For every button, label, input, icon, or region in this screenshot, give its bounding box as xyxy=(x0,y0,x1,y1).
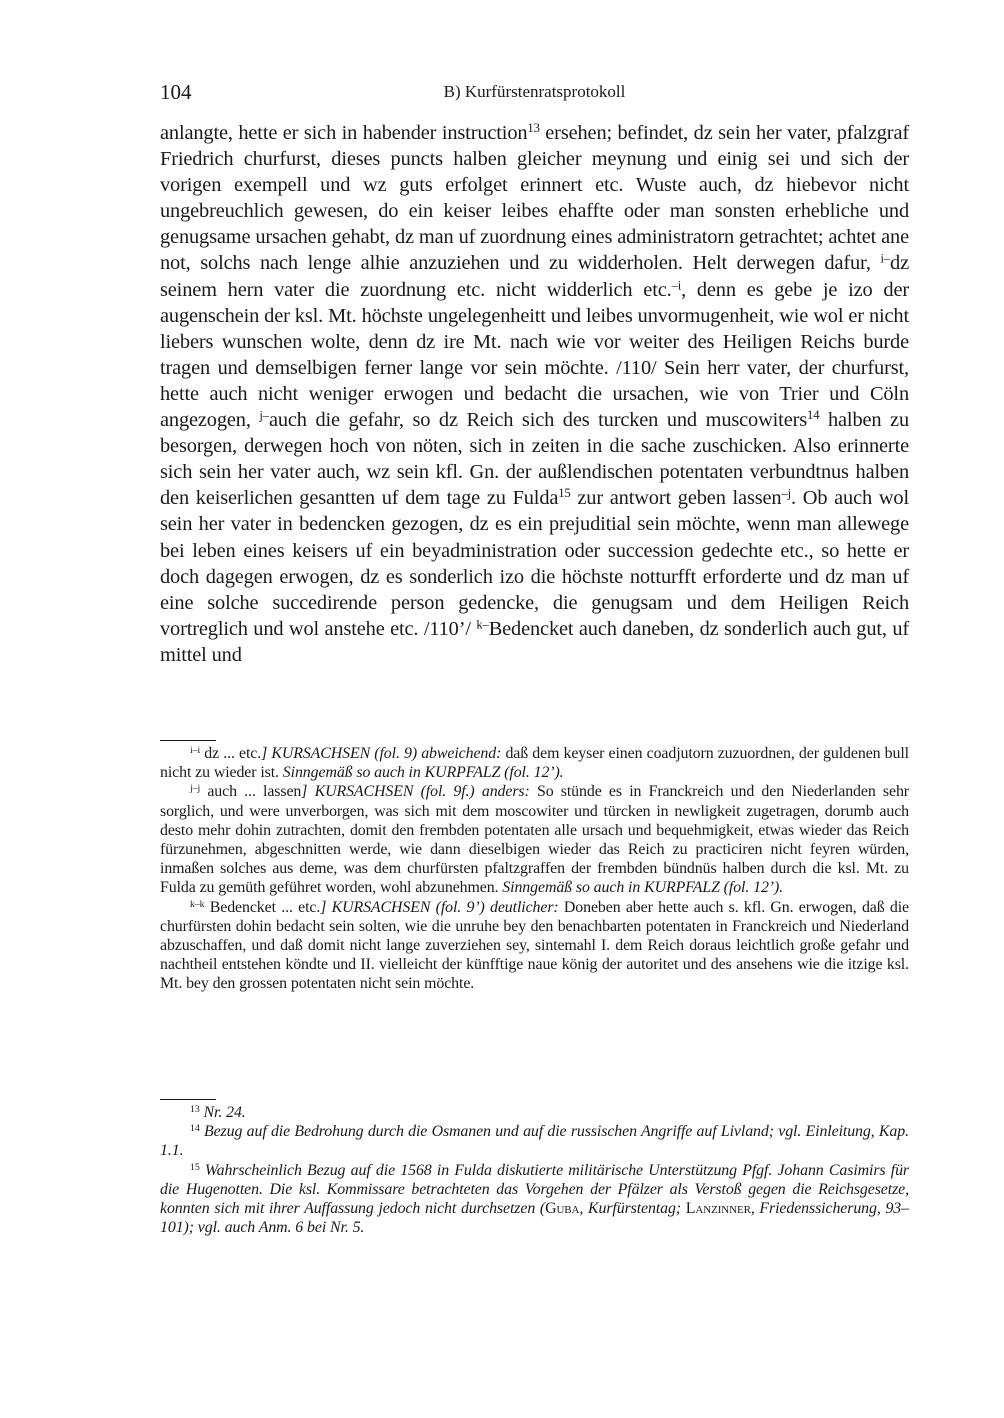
apparatus-marker-k-open: k– xyxy=(476,617,488,631)
footnote-14: 14 Bezug auf die Bedrohung durch die Osm… xyxy=(160,1122,909,1160)
author-name: Lanzinner xyxy=(686,1200,751,1217)
apparatus-marker-j-open: j– xyxy=(259,409,269,423)
apparatus-entry-k: k–k Bedencket ... etc.] KURSACHSEN (fol.… xyxy=(160,898,909,994)
apparatus-marker-i-close: –i xyxy=(672,278,682,292)
footnotes: 13 Nr. 24. 14 Bezug auf die Bedrohung du… xyxy=(160,1103,909,1237)
main-paragraph: anlangte, hette er sich in habender inst… xyxy=(160,120,909,668)
apparatus-marker-i-open: i– xyxy=(881,252,891,266)
apparatus-separator xyxy=(160,740,216,741)
apparatus-marker-j-close: –j xyxy=(781,487,791,501)
running-head: 104 B) Kurfürstenratsprotokoll xyxy=(160,80,909,106)
main-text: anlangte, hette er sich in habender inst… xyxy=(160,120,909,668)
apparatus-entry-i: i–i dz ... etc.] KURSACHSEN (fol. 9) abw… xyxy=(160,744,909,782)
author-name: Guba xyxy=(545,1200,579,1217)
footnote-ref-15[interactable]: 15 xyxy=(558,486,570,500)
apparatus-entry-j: j–j auch ... lassen] KURSACHSEN (fol. 9f… xyxy=(160,782,909,897)
footnote-13: 13 Nr. 24. xyxy=(160,1103,909,1122)
critical-apparatus: i–i dz ... etc.] KURSACHSEN (fol. 9) abw… xyxy=(160,744,909,994)
footnote-15: 15 Wahrscheinlich Bezug auf die 1568 in … xyxy=(160,1161,909,1238)
footnote-ref-14[interactable]: 14 xyxy=(807,408,819,422)
footnote-separator xyxy=(160,1099,216,1100)
running-title: B) Kurfürstenratsprotokoll xyxy=(160,82,909,102)
footnote-ref-13[interactable]: 13 xyxy=(527,121,539,135)
